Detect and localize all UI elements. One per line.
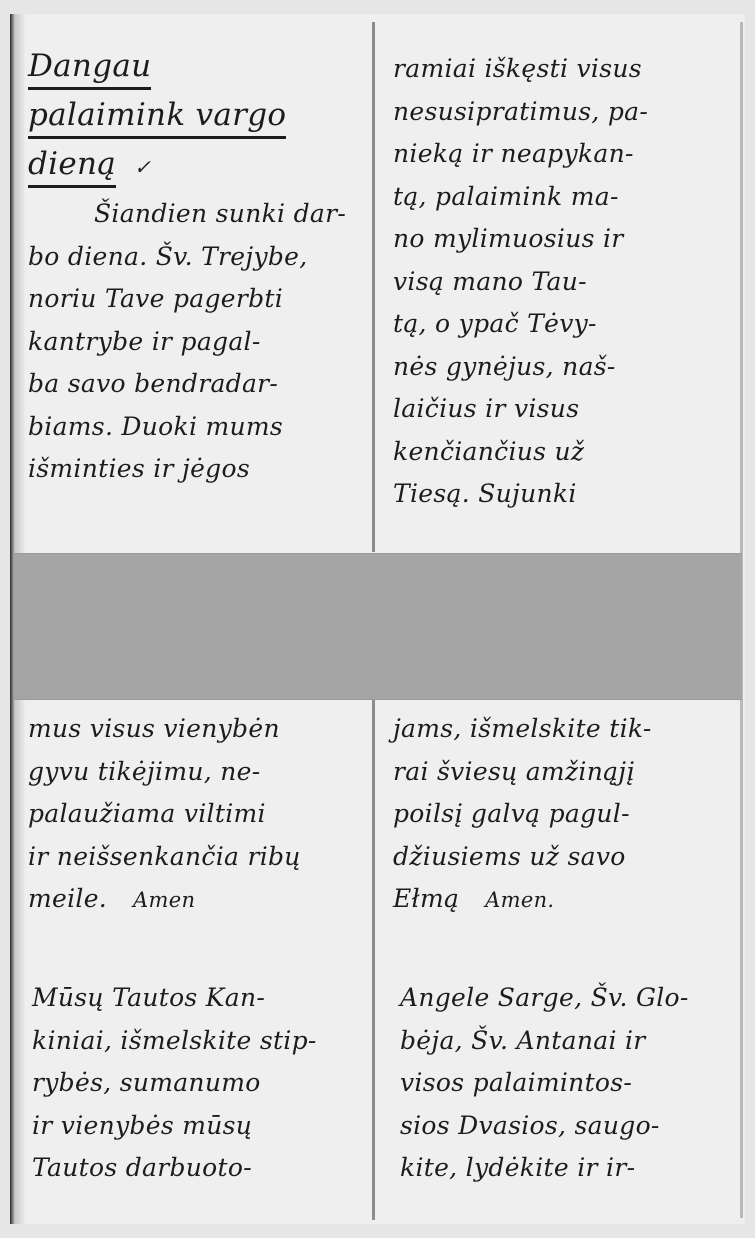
redaction-band [14,553,742,700]
text-line: džiusiems už savo [393,836,738,879]
text-line: visą mano Tau- [393,261,738,304]
bottom-left-column-second-prayer: Mūsų Tautos Kan- kiniai, išmelskite stip… [32,977,372,1190]
text-line: bėja, Šv. Antanai ir [400,1020,740,1063]
text-fragment: meile. [28,884,107,913]
text-line: meile.Amen [28,878,373,922]
text-line: nės gynėjus, naš- [393,346,738,389]
text-line: nieką ir neapykan- [393,133,738,176]
text-line: mus visus vienybėn [28,708,373,751]
text-line: Tiesą. Sujunki [393,473,738,516]
text-line: biams. Duoki mums [28,406,373,449]
text-line: no mylimuosius ir [393,218,738,261]
text-fragment: Ełmą [393,884,459,913]
text-line: ir vienybės mūsų [32,1105,372,1148]
text-line: EłmąAmen. [393,878,738,922]
amen-signoff: Amen [107,888,195,912]
top-left-column: Dangau palaimink vargo dieną✓ Šiandien s… [28,46,373,491]
bottom-right-column-second-prayer: Angele Sarge, Šv. Glo- bėja, Šv. Antanai… [400,977,740,1190]
text-line: tą, o ypač Tėvy- [393,303,738,346]
amen-signoff: Amen. [459,888,554,912]
text-line: nesusipratimus, pa- [393,91,738,134]
text-line: rybės, sumanumo [32,1062,372,1105]
text-line: kite, lydėkite ir ir- [400,1147,740,1190]
text-line: Angele Sarge, Šv. Glo- [400,977,740,1020]
text-line: gyvu tikėjimu, ne- [28,751,373,794]
text-line: Mūsų Tautos Kan- [32,977,372,1020]
text-line: noriu Tave pagerbti [28,278,373,321]
title-line-1: Dangau [28,46,151,90]
check-mark-icon: ✓ [116,155,151,179]
text-line: išminties ir jėgos [28,448,373,491]
title-line-3: dieną [28,144,116,188]
text-line: sios Dvasios, saugo- [400,1105,740,1148]
text-line: tą, palaimink ma- [393,176,738,219]
bottom-left-column: mus visus vienybėn gyvu tikėjimu, ne- pa… [28,708,373,922]
bottom-right-column: jams, išmelskite tik- rai šviesų amžinąj… [393,708,738,922]
text-line: kiniai, išmelskite stip- [32,1020,372,1063]
text-line: kenčiančius už [393,431,738,474]
text-line: ramiai iškęsti visus [393,48,738,91]
text-line: Šiandien sunki dar- [28,193,373,236]
text-line: jams, išmelskite tik- [393,708,738,751]
text-line: ba savo bendradar- [28,363,373,406]
text-line: Tautos darbuoto- [32,1147,372,1190]
text-line: ir neišsenkančia ribų [28,836,373,879]
text-line: laičius ir visus [393,388,738,431]
text-line: rai šviesų amžinąjį [393,751,738,794]
text-line: visos palaimintos- [400,1062,740,1105]
text-line: bo diena. Šv. Trejybe, [28,236,373,279]
text-line: kantrybe ir pagal- [28,321,373,364]
title-line-2: palaimink vargo [28,95,286,139]
text-line: poilsį galvą pagul- [393,793,738,836]
top-right-column: ramiai iškęsti visus nesusipratimus, pa-… [393,48,738,516]
text-line: palaužiama viltimi [28,793,373,836]
